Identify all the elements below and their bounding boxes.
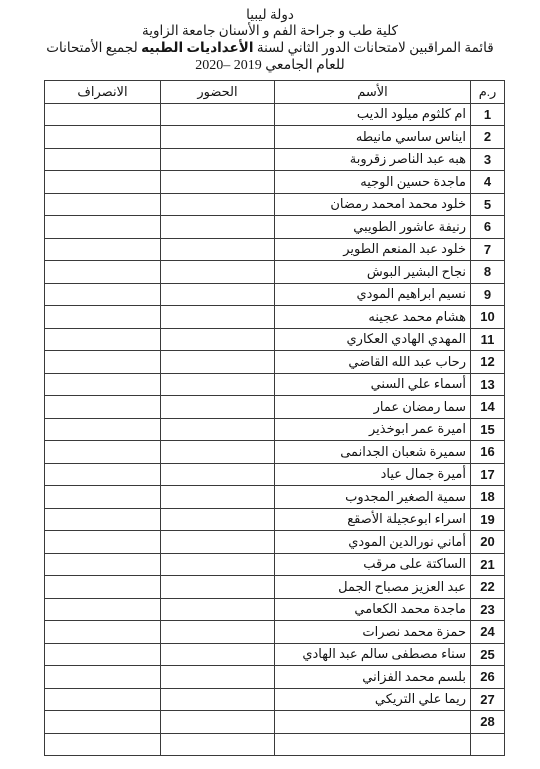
list-title-suffix: لجميع الأمتحانات (46, 40, 141, 55)
attendance-cell (161, 598, 275, 621)
name-cell: الساكتة على مرقب (275, 553, 471, 576)
attendance-cell (161, 328, 275, 351)
attendance-cell (161, 441, 275, 464)
departure-cell (45, 711, 161, 734)
index-cell: 6 (471, 216, 505, 239)
departure-cell (45, 576, 161, 599)
table-row: 15اميرة عمر ابوخذير (45, 418, 505, 441)
attendance-cell (161, 418, 275, 441)
document-page: { "document": { "header": { "line1": "دو… (0, 0, 540, 769)
departure-cell (45, 463, 161, 486)
table-row: 25سناء مصطفى سالم عبد الهادي (45, 643, 505, 666)
name-cell: نسيم ابراهيم المودي (275, 283, 471, 306)
index-cell: 22 (471, 576, 505, 599)
name-cell: رحاب عبد الله القاضي (275, 351, 471, 374)
index-cell: 19 (471, 508, 505, 531)
departure-cell (45, 171, 161, 194)
departure-cell (45, 666, 161, 689)
name-cell: عبد العزيز مصباح الجمل (275, 576, 471, 599)
departure-cell (45, 553, 161, 576)
attendance-cell (161, 396, 275, 419)
table-row: 3هبه عبد الناصر زقروبة (45, 148, 505, 171)
departure-cell (45, 531, 161, 554)
attendance-cell (161, 373, 275, 396)
departure-cell (45, 486, 161, 509)
table-row: 5خلود محمد امحمد رمضان (45, 193, 505, 216)
attendance-cell (161, 193, 275, 216)
index-cell: 7 (471, 238, 505, 261)
table-row: 27ريما علي التريكي (45, 688, 505, 711)
header-departure: الانصراف (45, 81, 161, 104)
name-cell: أسماء علي السني (275, 373, 471, 396)
name-cell: هشام محمد عجينه (275, 306, 471, 329)
table-row: 2ايناس ساسي مانيطه (45, 126, 505, 149)
index-cell: 16 (471, 441, 505, 464)
name-cell: نجاح البشير البوش (275, 261, 471, 284)
departure-cell (45, 283, 161, 306)
table-row: 26بلسم محمد الفزاني (45, 666, 505, 689)
table-row: 6رنيفة عاشور الطويبي (45, 216, 505, 239)
index-cell: 4 (471, 171, 505, 194)
name-cell: ريما علي التريكي (275, 688, 471, 711)
header-index: ر.م (471, 81, 505, 104)
attendance-cell (161, 508, 275, 531)
departure-cell (45, 621, 161, 644)
index-cell: 23 (471, 598, 505, 621)
index-cell: 26 (471, 666, 505, 689)
table-row: 23ماجدة محمد الكعامي (45, 598, 505, 621)
table-row: 17أميرة جمال عياد (45, 463, 505, 486)
index-cell: 8 (471, 261, 505, 284)
departure-cell (45, 418, 161, 441)
attendance-cell (161, 688, 275, 711)
index-cell: 21 (471, 553, 505, 576)
attendance-cell (161, 576, 275, 599)
table-row: 16سميرة شعبان الجدانمى (45, 441, 505, 464)
header-attendance: الحضور (161, 81, 275, 104)
attendance-cell (161, 553, 275, 576)
name-cell: ماجدة محمد الكعامي (275, 598, 471, 621)
name-cell: خلود عبد المنعم الطوير (275, 238, 471, 261)
index-cell (471, 733, 505, 756)
document-header: دولة ليبيا كلية طب و جراحة الفم و الأسنا… (0, 0, 540, 75)
attendance-cell (161, 216, 275, 239)
attendance-cell (161, 261, 275, 284)
departure-cell (45, 238, 161, 261)
table-row: 1ام كلثوم ميلود الديب (45, 103, 505, 126)
name-cell: أميرة جمال عياد (275, 463, 471, 486)
attendance-cell (161, 238, 275, 261)
attendance-cell (161, 126, 275, 149)
name-cell: سميرة شعبان الجدانمى (275, 441, 471, 464)
attendance-cell (161, 148, 275, 171)
table-row: 18سمية الصغير المجدوب (45, 486, 505, 509)
departure-cell (45, 396, 161, 419)
attendance-cell (161, 463, 275, 486)
attendance-cell (161, 103, 275, 126)
name-cell (275, 733, 471, 756)
roster-body: 1ام كلثوم ميلود الديب2ايناس ساسي مانيطه3… (45, 103, 505, 756)
attendance-cell (161, 711, 275, 734)
departure-cell (45, 193, 161, 216)
table-row: 14سما رمضان عمار (45, 396, 505, 419)
index-cell: 1 (471, 103, 505, 126)
table-row: 12رحاب عبد الله القاضي (45, 351, 505, 374)
name-cell: اسراء ابوعجيلة الأصقع (275, 508, 471, 531)
departure-cell (45, 688, 161, 711)
departure-cell (45, 598, 161, 621)
attendance-cell (161, 351, 275, 374)
header-name: الأسم (275, 81, 471, 104)
departure-cell (45, 148, 161, 171)
name-cell: المهدي الهادي العكاري (275, 328, 471, 351)
index-cell: 2 (471, 126, 505, 149)
departure-cell (45, 441, 161, 464)
invigilators-table: ر.م الأسم الحضور الانصراف 1ام كلثوم ميلو… (44, 80, 505, 756)
departure-cell (45, 508, 161, 531)
departure-cell (45, 216, 161, 239)
attendance-cell (161, 643, 275, 666)
index-cell: 28 (471, 711, 505, 734)
departure-cell (45, 103, 161, 126)
name-cell: سناء مصطفى سالم عبد الهادي (275, 643, 471, 666)
table-row: 7خلود عبد المنعم الطوير (45, 238, 505, 261)
country-title: دولة ليبيا (0, 7, 540, 23)
table-row: 21الساكتة على مرقب (45, 553, 505, 576)
table-row: 20أماني نورالدين المودي (45, 531, 505, 554)
departure-cell (45, 643, 161, 666)
name-cell: أماني نورالدين المودي (275, 531, 471, 554)
attendance-cell (161, 733, 275, 756)
name-cell: خلود محمد امحمد رمضان (275, 193, 471, 216)
index-cell: 25 (471, 643, 505, 666)
index-cell: 13 (471, 373, 505, 396)
attendance-cell (161, 621, 275, 644)
departure-cell (45, 733, 161, 756)
attendance-cell (161, 283, 275, 306)
table-row: 9نسيم ابراهيم المودي (45, 283, 505, 306)
attendance-cell (161, 486, 275, 509)
name-cell (275, 711, 471, 734)
name-cell: بلسم محمد الفزاني (275, 666, 471, 689)
index-cell: 5 (471, 193, 505, 216)
name-cell: ايناس ساسي مانيطه (275, 126, 471, 149)
table-row: 4ماجدة حسين الوجيه (45, 171, 505, 194)
name-cell: حمزة محمد نصرات (275, 621, 471, 644)
departure-cell (45, 306, 161, 329)
attendance-cell (161, 306, 275, 329)
departure-cell (45, 126, 161, 149)
index-cell: 18 (471, 486, 505, 509)
departure-cell (45, 261, 161, 284)
name-cell: سمية الصغير المجدوب (275, 486, 471, 509)
list-title-prefix: قائمة المراقبين لامتحانات الدور الثاني ل… (253, 40, 493, 55)
table-row: 22عبد العزيز مصباح الجمل (45, 576, 505, 599)
name-cell: اميرة عمر ابوخذير (275, 418, 471, 441)
name-cell: هبه عبد الناصر زقروبة (275, 148, 471, 171)
name-cell: ام كلثوم ميلود الديب (275, 103, 471, 126)
faculty-title: كلية طب و جراحة الفم و الأسنان جامعة الز… (0, 23, 540, 39)
index-cell: 20 (471, 531, 505, 554)
table-row: 28 (45, 711, 505, 734)
index-cell: 14 (471, 396, 505, 419)
list-title: قائمة المراقبين لامتحانات الدور الثاني ل… (0, 39, 540, 56)
index-cell: 11 (471, 328, 505, 351)
index-cell: 15 (471, 418, 505, 441)
name-cell: رنيفة عاشور الطويبي (275, 216, 471, 239)
list-title-bold: الأعداديات الطبيه (141, 40, 253, 55)
index-cell: 27 (471, 688, 505, 711)
name-cell: سما رمضان عمار (275, 396, 471, 419)
table-row: 11المهدي الهادي العكاري (45, 328, 505, 351)
index-cell: 10 (471, 306, 505, 329)
attendance-cell (161, 171, 275, 194)
departure-cell (45, 328, 161, 351)
table-row (45, 733, 505, 756)
index-cell: 9 (471, 283, 505, 306)
index-cell: 24 (471, 621, 505, 644)
table-row: 10هشام محمد عجينه (45, 306, 505, 329)
index-cell: 3 (471, 148, 505, 171)
departure-cell (45, 373, 161, 396)
table-row: 24حمزة محمد نصرات (45, 621, 505, 644)
table-row: 19اسراء ابوعجيلة الأصقع (45, 508, 505, 531)
index-cell: 12 (471, 351, 505, 374)
attendance-cell (161, 531, 275, 554)
table-row: 13أسماء علي السني (45, 373, 505, 396)
table-row: 8نجاح البشير البوش (45, 261, 505, 284)
departure-cell (45, 351, 161, 374)
index-cell: 17 (471, 463, 505, 486)
academic-year: للعام الجامعي 2019 –2020 (0, 56, 540, 75)
table-header-row: ر.م الأسم الحضور الانصراف (45, 81, 505, 104)
name-cell: ماجدة حسين الوجيه (275, 171, 471, 194)
attendance-cell (161, 666, 275, 689)
